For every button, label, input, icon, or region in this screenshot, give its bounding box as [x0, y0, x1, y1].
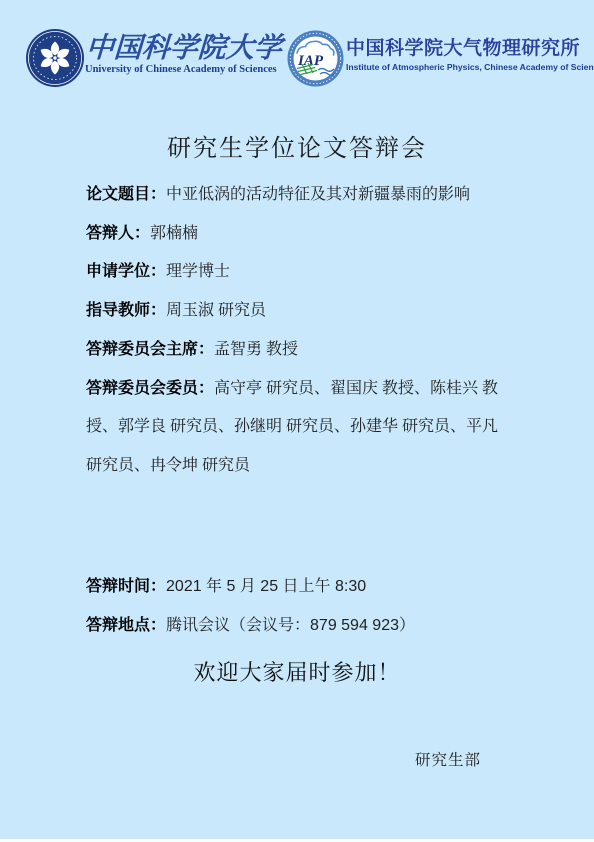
- field-value: 周玉淑 研究员: [166, 302, 266, 319]
- field-label: 答辩人：: [86, 225, 150, 242]
- field-label: 答辩委员会主席：: [86, 341, 214, 358]
- ucas-emblem-icon: [25, 28, 85, 88]
- field-value: 2021 年 5 月 25 日上午 8:30: [166, 578, 366, 595]
- field-value: 郭楠楠: [150, 225, 198, 242]
- field-value: 腾讯会议（会议号：879 594 923）: [166, 617, 415, 634]
- field-value: 理学博士: [166, 263, 230, 280]
- field-value: 中亚低涡的活动特征及其对新疆暴雨的影响: [166, 186, 470, 203]
- field-label: 答辩地点：: [86, 617, 166, 634]
- field-thesis-title: 论文题目：中亚低涡的活动特征及其对新疆暴雨的影响: [86, 176, 510, 215]
- field-label: 答辩时间：: [86, 578, 166, 595]
- field-defender: 答辩人：郭楠楠: [86, 215, 510, 254]
- field-committee-chair: 答辩委员会主席：孟智勇 教授: [86, 331, 510, 370]
- defense-schedule: 答辩时间：2021 年 5 月 25 日上午 8:30 答辩地点：腾讯会议（会议…: [86, 568, 546, 645]
- field-label: 指导教师：: [86, 302, 166, 319]
- ucas-name-en: University of Chinese Academy of Science…: [85, 64, 285, 75]
- field-label: 答辩委员会委员：: [86, 380, 214, 397]
- ucas-name-zh: 中国科学院大学: [85, 26, 285, 66]
- field-label: 论文题目：: [86, 186, 166, 203]
- field-supervisor: 指导教师：周玉淑 研究员: [86, 292, 510, 331]
- field-defense-location: 答辩地点：腾讯会议（会议号：879 594 923）: [86, 607, 546, 646]
- iap-name-zh: 中国科学院大气物理研究所: [346, 33, 582, 60]
- field-degree: 申请学位：理学博士: [86, 253, 510, 292]
- field-committee-members: 答辩委员会委员：高守亭 研究员、翟国庆 教授、陈桂兴 教授、郭学良 研究员、孙继…: [86, 370, 510, 486]
- welcome-message: 欢迎大家届时参加！: [0, 656, 594, 687]
- announcement-page: 中国科学院大学 University of Chinese Academy of…: [0, 0, 594, 842]
- field-label: 申请学位：: [86, 263, 166, 280]
- iap-emblem-icon: IAP: [287, 30, 344, 87]
- field-defense-time: 答辩时间：2021 年 5 月 25 日上午 8:30: [86, 568, 546, 607]
- field-value: 孟智勇 教授: [214, 341, 298, 358]
- defense-info-fields: 论文题目：中亚低涡的活动特征及其对新疆暴雨的影响 答辩人：郭楠楠 申请学位：理学…: [86, 176, 510, 486]
- page-title: 研究生学位论文答辩会: [0, 128, 594, 163]
- iap-name-en: Institute of Atmospheric Physics, Chines…: [346, 62, 582, 72]
- signature-graduate-department: 研究生部: [415, 748, 481, 770]
